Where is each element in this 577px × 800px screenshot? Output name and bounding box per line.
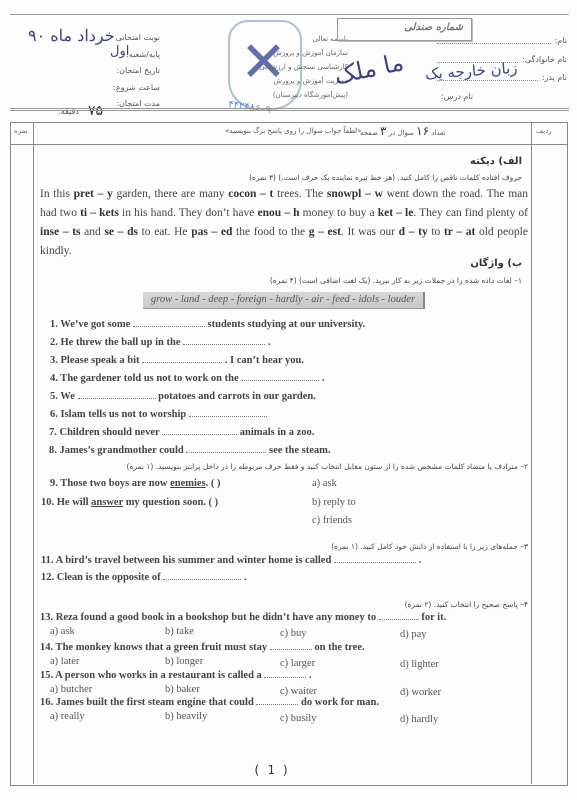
answer-blank[interactable]	[379, 610, 419, 620]
handwritten-exam-turn: خرداد ماه ۹۰	[28, 26, 115, 45]
mc-option[interactable]: d) hardly	[400, 714, 438, 725]
mc-question: 14. The monkey knows that a green fruit …	[40, 640, 365, 653]
matching-question: 9. Those two boys are now enemies. ( )	[50, 478, 221, 489]
mc-option[interactable]: a) later	[50, 656, 79, 667]
mc-option[interactable]: c) buy	[280, 628, 307, 639]
matching-question: 10. He will answer my question soon. ( )	[41, 497, 218, 508]
fill-question: 3. Please speak a bit . I can’t hear you…	[50, 353, 304, 366]
answer-blank[interactable]	[270, 640, 312, 650]
part2-instruction: ۲– مترادف یا متضاد کلمات مشخص شده را از …	[127, 462, 528, 471]
answer-blank[interactable]	[142, 353, 222, 363]
matching-option: c) friends	[312, 515, 352, 526]
incomplete-word: ket – le	[378, 207, 414, 219]
key-word: enemies	[170, 478, 206, 489]
top-border-line	[10, 14, 569, 15]
fill-question: 7. Children should never animals in a zo…	[49, 425, 314, 438]
answer-blank[interactable]	[183, 335, 265, 345]
mc-option[interactable]: d) worker	[400, 687, 441, 698]
duration-value: ۷۵	[88, 103, 103, 120]
answer-blank[interactable]	[189, 407, 267, 417]
mc-option[interactable]: d) lighter	[400, 659, 439, 670]
mc-option[interactable]: d) pay	[400, 629, 427, 640]
answer-blank[interactable]	[78, 389, 156, 399]
answer-blank[interactable]	[162, 425, 237, 435]
section-vocabulary-header: ب) واژگان ۱– لغات داده شده را در جملات ز…	[38, 258, 528, 285]
mc-question: 13. Reza found a good book in a bookshop…	[40, 610, 446, 623]
fill-question: 6. Islam tells us not to worship	[50, 407, 267, 420]
fill-question: 4. The gardener told us not to work on t…	[50, 371, 325, 384]
matching-option: a) ask	[312, 478, 337, 489]
answer-blank[interactable]	[256, 695, 298, 705]
part1-instruction: ۱– لغات داده شده را در جملات زیر به کار …	[38, 276, 522, 285]
org-line: سازمان آموزش و پرورش	[248, 46, 348, 60]
incomplete-word: pas – ed	[191, 226, 232, 238]
table-header-divider	[10, 144, 567, 145]
section-dictation: الف) دیکته حروف افتاده کلمات ناقص را کام…	[38, 156, 528, 261]
question-count-info: تعداد ۱۶ سؤال در ۳ صفحه	[360, 124, 445, 138]
answer-sheet-instruction: «لطفاً جواب سوال را روی پاسخ برگ بنویسید…	[225, 127, 361, 135]
section-title: الف) دیکته	[38, 156, 522, 167]
incomplete-word: snowpl – w	[327, 188, 383, 200]
key-word: answer	[91, 497, 123, 508]
exam-info-labels: نوبت امتحانی پایه/شعبه: تاریخ امتحان: سا…	[120, 30, 160, 113]
start-time-label: ساعت شروع:	[120, 80, 160, 97]
section-title: ب) واژگان	[38, 258, 522, 269]
answer-blank[interactable]	[133, 317, 205, 327]
score-column-header: نمره	[14, 127, 28, 135]
dictation-paragraph: In this pret – y garden, there are many …	[40, 185, 528, 261]
matching-option: b) reply to	[312, 497, 356, 508]
part3-instruction: ۳– جمله‌های زیر را با استفاده از دانش خو…	[331, 542, 528, 551]
incomplete-word: enou – h	[258, 207, 300, 219]
exam-date-label: تاریخ امتحان:	[120, 63, 160, 80]
fill-question: 5. We potatoes and carrots in our garden…	[50, 389, 316, 402]
answer-blank[interactable]	[241, 371, 319, 381]
word-bank: grow - land - deep - foreign - hardly - …	[143, 292, 425, 309]
row-column-divider	[531, 122, 532, 784]
page-number: ( 1 )	[253, 763, 289, 777]
incomplete-word: g – est	[309, 226, 341, 238]
answer-blank[interactable]	[264, 668, 306, 678]
mc-option[interactable]: a) really	[50, 711, 85, 722]
answer-blank[interactable]	[334, 553, 416, 563]
answer-blank[interactable]	[186, 443, 266, 453]
mc-question: 15. A person who works in a restaurant i…	[40, 668, 312, 681]
mc-option[interactable]: b) heavily	[165, 711, 207, 722]
handwritten-grade: اول	[110, 44, 129, 59]
part4-instruction: ۴– پاسخ صحیح را انتخاب کنید. (۲ نمره)	[405, 600, 528, 609]
incomplete-word: pret – y	[74, 188, 113, 200]
section-instruction: حروف افتاده کلمات ناقص را کامل کنید. (هر…	[38, 173, 522, 182]
completion-question: 12. Clean is the opposite of .	[41, 570, 246, 583]
incomplete-word: se – ds	[104, 226, 138, 238]
fill-question: 1. We’ve got some students studying at o…	[50, 317, 365, 330]
mc-option[interactable]: a) butcher	[50, 684, 92, 695]
mc-option[interactable]: b) longer	[165, 656, 203, 667]
mc-option[interactable]: a) ask	[50, 626, 75, 637]
answer-blank[interactable]	[163, 570, 241, 580]
mc-option[interactable]: b) take	[165, 626, 194, 637]
incomplete-word: ti – kets	[80, 207, 119, 219]
subject-field: نام درس:	[437, 88, 567, 107]
org-line: باسمه تعالی	[248, 32, 348, 46]
row-column-header: ردیف	[536, 127, 552, 135]
incomplete-word: d – ty	[399, 226, 428, 238]
mc-option[interactable]: c) busily	[280, 713, 316, 724]
mc-question: 16. James built the first steam engine t…	[40, 695, 379, 708]
mc-option[interactable]: b) baker	[165, 684, 200, 695]
incomplete-word: tr – at	[444, 226, 475, 238]
score-column-divider	[33, 122, 34, 784]
completion-question: 11. A bird’s travel between his summer a…	[41, 553, 421, 566]
org-line: مدیریت آموزش و پرورش	[248, 74, 348, 88]
org-line: (پیش‌آموزشگاه دبیرستان)	[248, 88, 348, 102]
name-field: نام:	[437, 32, 567, 51]
fill-question: 8. James’s grandmother could see the ste…	[49, 443, 331, 456]
incomplete-word: cocon – t	[228, 188, 273, 200]
incomplete-word: inse – ts	[40, 226, 81, 238]
header-divider	[10, 108, 569, 111]
fill-question: 2. He threw the ball up in the .	[50, 335, 270, 348]
